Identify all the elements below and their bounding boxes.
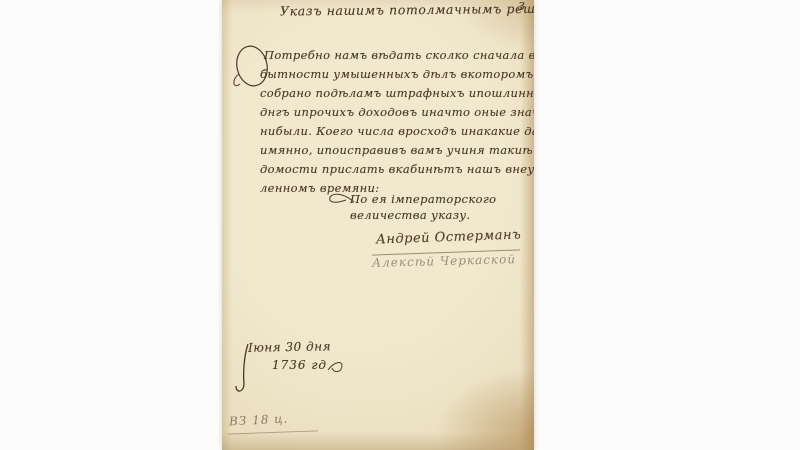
manuscript-page: Указъ нашимъ потолмачнымъ решеникъ 3 Пот… [222, 0, 534, 450]
signature-osterman: Андрей Остерманъ [376, 227, 522, 247]
body-line: собрано подѣламъ штрафныхъ ипошлинныхъ [260, 84, 534, 103]
attestation-line: По ея імператорского [350, 192, 496, 206]
body-line: бытности умышенныхъ дѣлъ вкоторомъ годѣ [260, 65, 534, 84]
archival-mark: ВЗ 18 ц. [229, 411, 289, 428]
attestation-line: величества указу. [350, 208, 471, 222]
signature-second-faint: Алексѣй Черкаской [372, 252, 516, 270]
body-line: нибыли. Коего числа вросходъ инакакие да… [260, 122, 534, 141]
archival-mark-underline [228, 430, 318, 434]
page-number: 3 [518, 0, 525, 13]
year-tail-flourish-icon [326, 356, 346, 378]
body-line: Потребно намъ вѣдать сколко сначала вашѣ… [264, 46, 534, 65]
date-line-month: Іюня 30 дня [248, 339, 331, 354]
body-line: днгъ ипрочихъ доходовъ иначто оные знач [260, 103, 534, 122]
scanned-document-photo: { "document": { "kind": "manuscript decr… [0, 0, 800, 450]
body-line: домости прислать вкабинѣтъ нашъ внеумѣд [260, 160, 534, 179]
body-line: имянно, ипоисправивъ вамъ учиня такиѣ вѣ [260, 141, 534, 160]
date-line-year: 1736 гд [272, 358, 327, 372]
decree-title: Указъ нашимъ потолмачнымъ решеникъ [280, 0, 534, 18]
